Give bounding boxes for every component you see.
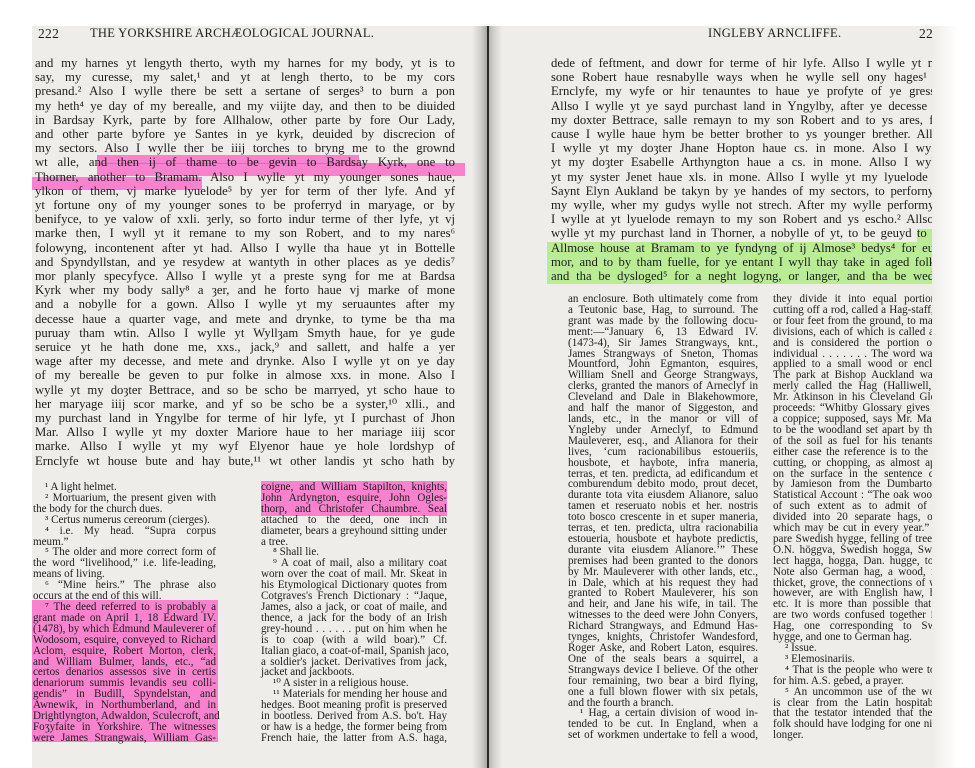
text-line: wylle yt my purchast land in Thorner, a … bbox=[551, 226, 944, 240]
footnote-line: ³ Certus numerus cereorum (cierges). bbox=[33, 515, 216, 526]
text-line: marke. Allso I wylle yt my wyf Elyenor h… bbox=[35, 439, 455, 453]
footnote-line: one a full blown flower with six petals, bbox=[568, 687, 758, 698]
left-page: 222 THE YORKSHIRE ARCHÆOLOGICAL JOURNAL.… bbox=[32, 26, 484, 768]
text-line: yt my syster Jenet haue xls. in mone. Al… bbox=[551, 170, 944, 184]
text-line: seruice yt he hath done me, xxs., jack,⁹… bbox=[35, 340, 455, 354]
footnote-line: French haie, the latter from A.S. haga, bbox=[261, 733, 447, 744]
right-page: INGLEBY ARNCLIFFE. 223 dede of feftment,… bbox=[487, 26, 975, 768]
text-line: Thorner, another to Bramam. Also I wylle… bbox=[35, 170, 455, 184]
text-line: my sectors. Also I wylle ther be iiij to… bbox=[35, 141, 455, 155]
text-line: ylkon of them, vj marke lyuelode⁵ by yer… bbox=[35, 184, 455, 198]
text-line: cause I wylle haue hym be better brother… bbox=[551, 127, 944, 141]
right-footnotes-column-1: an enclosure. Both ultimately come from … bbox=[568, 294, 758, 741]
right-body-text: dede of feftment, and dowr for terme of … bbox=[551, 56, 944, 283]
text-line: sone Robert haue resnabylle ways when he… bbox=[551, 70, 944, 84]
text-line: Kyrk wher my body sally⁸ a ȝer, and he f… bbox=[35, 283, 455, 297]
footnote-line: is to coap (with a wild boar).” Cf. bbox=[261, 635, 447, 646]
text-line: say, my curesse, my salet,¹ and yt at le… bbox=[35, 70, 455, 84]
text-line: mor planly specyfyce. Allso I wylle yt a… bbox=[35, 269, 455, 283]
page-edge-fade bbox=[932, 26, 975, 768]
left-footnotes-column-2: coigne, and William Stapilton, knights, … bbox=[261, 482, 447, 744]
footnote-line: ment:—“January 6, 13 Edward IV. bbox=[568, 327, 758, 338]
text-line: decesse haue a quarter vage, and mete an… bbox=[35, 312, 455, 326]
footnote-line: set of workmen undertake to fell a wood, bbox=[568, 730, 758, 741]
text-line: Allmose house at Bramam to ye fyndyng of… bbox=[551, 241, 944, 255]
text-line: wylle yt my doȝter Bettrace, and so be s… bbox=[35, 383, 455, 397]
text-line: her maryage iiij scor marke, and yf so b… bbox=[35, 397, 455, 411]
text-line: in Bardsay Kyrk, parte by fore Allhalow,… bbox=[35, 113, 455, 127]
text-line: Allso I wylle yt ye sayd purchast land i… bbox=[551, 99, 944, 113]
text-line: Saynt Elyn Aukland be takyn by ye handes… bbox=[551, 184, 944, 198]
footnote-line: lives, ‘cum racionabilibus estoueriis, bbox=[568, 447, 758, 458]
footnote-line: were James Strangwais, William Gas- bbox=[33, 733, 216, 744]
footnote-line: by Mr. Mauleverer with other lands, etc.… bbox=[568, 567, 758, 578]
left-body-text: and my harnes yt lengyth therto, wyth my… bbox=[35, 56, 455, 468]
text-line: presand.² Also I wylle there be sett a s… bbox=[35, 84, 455, 98]
text-line: Ernclyfe wt house bute and hay bute,¹¹ w… bbox=[35, 454, 455, 468]
book-spread: 222 THE YORKSHIRE ARCHÆOLOGICAL JOURNAL.… bbox=[32, 26, 975, 768]
text-line: yt my doȝter Esabelle Arthyngton haue a … bbox=[551, 155, 944, 169]
text-line: I wylle yt my doȝter Jhane Hopton haue c… bbox=[551, 141, 944, 155]
text-line: puruay tham wtin. Allso I wylle yt Wyllȝ… bbox=[35, 326, 455, 340]
footnote-line: Wodosom, esquire, conveyed to Richard bbox=[33, 635, 216, 646]
right-running-title: INGLEBY ARNCLIFFE. bbox=[708, 26, 841, 46]
text-line: of my berealle be geven to pur folke in … bbox=[35, 368, 455, 382]
footnote-line: Italian giaco, a coat-of-mail, Spanish j… bbox=[261, 646, 447, 657]
text-line: my purchast land in Yngylbe for terme of… bbox=[35, 411, 455, 425]
text-line: folowyng, incontenent after yt had. Alls… bbox=[35, 241, 455, 255]
text-line: yt fortune ony of my younger sones to be… bbox=[35, 198, 455, 212]
left-page-number: 222 bbox=[38, 26, 59, 46]
left-footnotes-column-1: ¹ A light helmet. ² Mortuarium, the pres… bbox=[33, 482, 216, 744]
text-line: and tha be dysloged⁵ for a neght logyng,… bbox=[551, 269, 944, 283]
footnote-line: four remaining, two bear a bird flying, bbox=[568, 676, 758, 687]
text-line: Mar. Allso I wylle yt my doxter Mariore … bbox=[35, 425, 455, 439]
footnote-line: attached to the deed, one inch in bbox=[261, 515, 447, 526]
text-line: and Spyndyllstan, and ye resydew at want… bbox=[35, 255, 455, 269]
text-line: marke then, I wyll yt it remane to my so… bbox=[35, 226, 455, 240]
text-line: my heth⁴ ye day of my berealle, and my v… bbox=[35, 99, 455, 113]
text-line: mor, and to by tham fuelle, for ye entan… bbox=[551, 255, 944, 269]
text-line: and other parte byfore ye Santes in ye k… bbox=[35, 127, 455, 141]
text-line: I wylle at yt lyuelode remayn to my son … bbox=[551, 212, 944, 226]
footnote-line: Aclom, esquire, Robert Morton, clerk, bbox=[33, 646, 216, 657]
text-line: and a nobylle for a gown. Allso I wylle … bbox=[35, 297, 455, 311]
text-line: Ernclyfe, my wyfe or hir tenauntes to ha… bbox=[551, 84, 944, 98]
footnote-line: diameter, bears a greyhound sitting unde… bbox=[261, 526, 447, 537]
text-line: benifyce, to ye valow of xxli. ȝerly, so… bbox=[35, 212, 455, 226]
footnote-line: housbote, et haybote, infra maneria, bbox=[568, 458, 758, 469]
text-line: wt alle, and then ij of thame to be gevi… bbox=[35, 155, 455, 169]
left-running-title: THE YORKSHIRE ARCHÆOLOGICAL JOURNAL. bbox=[90, 26, 374, 46]
text-line: and my harnes yt lengyth therto, wyth my… bbox=[35, 56, 455, 70]
footnote-line: ⁴ i.e. My head. “Supra corpus bbox=[33, 526, 216, 537]
text-line: my wylle, wher my gudys wylle not strech… bbox=[551, 198, 944, 212]
text-line: my doxter Bettrace, salle remayn to my s… bbox=[551, 113, 944, 127]
footnote-line: (1473-4), Sir James Strangways, knt., bbox=[568, 338, 758, 349]
text-line: wage after my decesse, and mete and dryn… bbox=[35, 354, 455, 368]
text-line: dede of feftment, and dowr for terme of … bbox=[551, 56, 944, 70]
